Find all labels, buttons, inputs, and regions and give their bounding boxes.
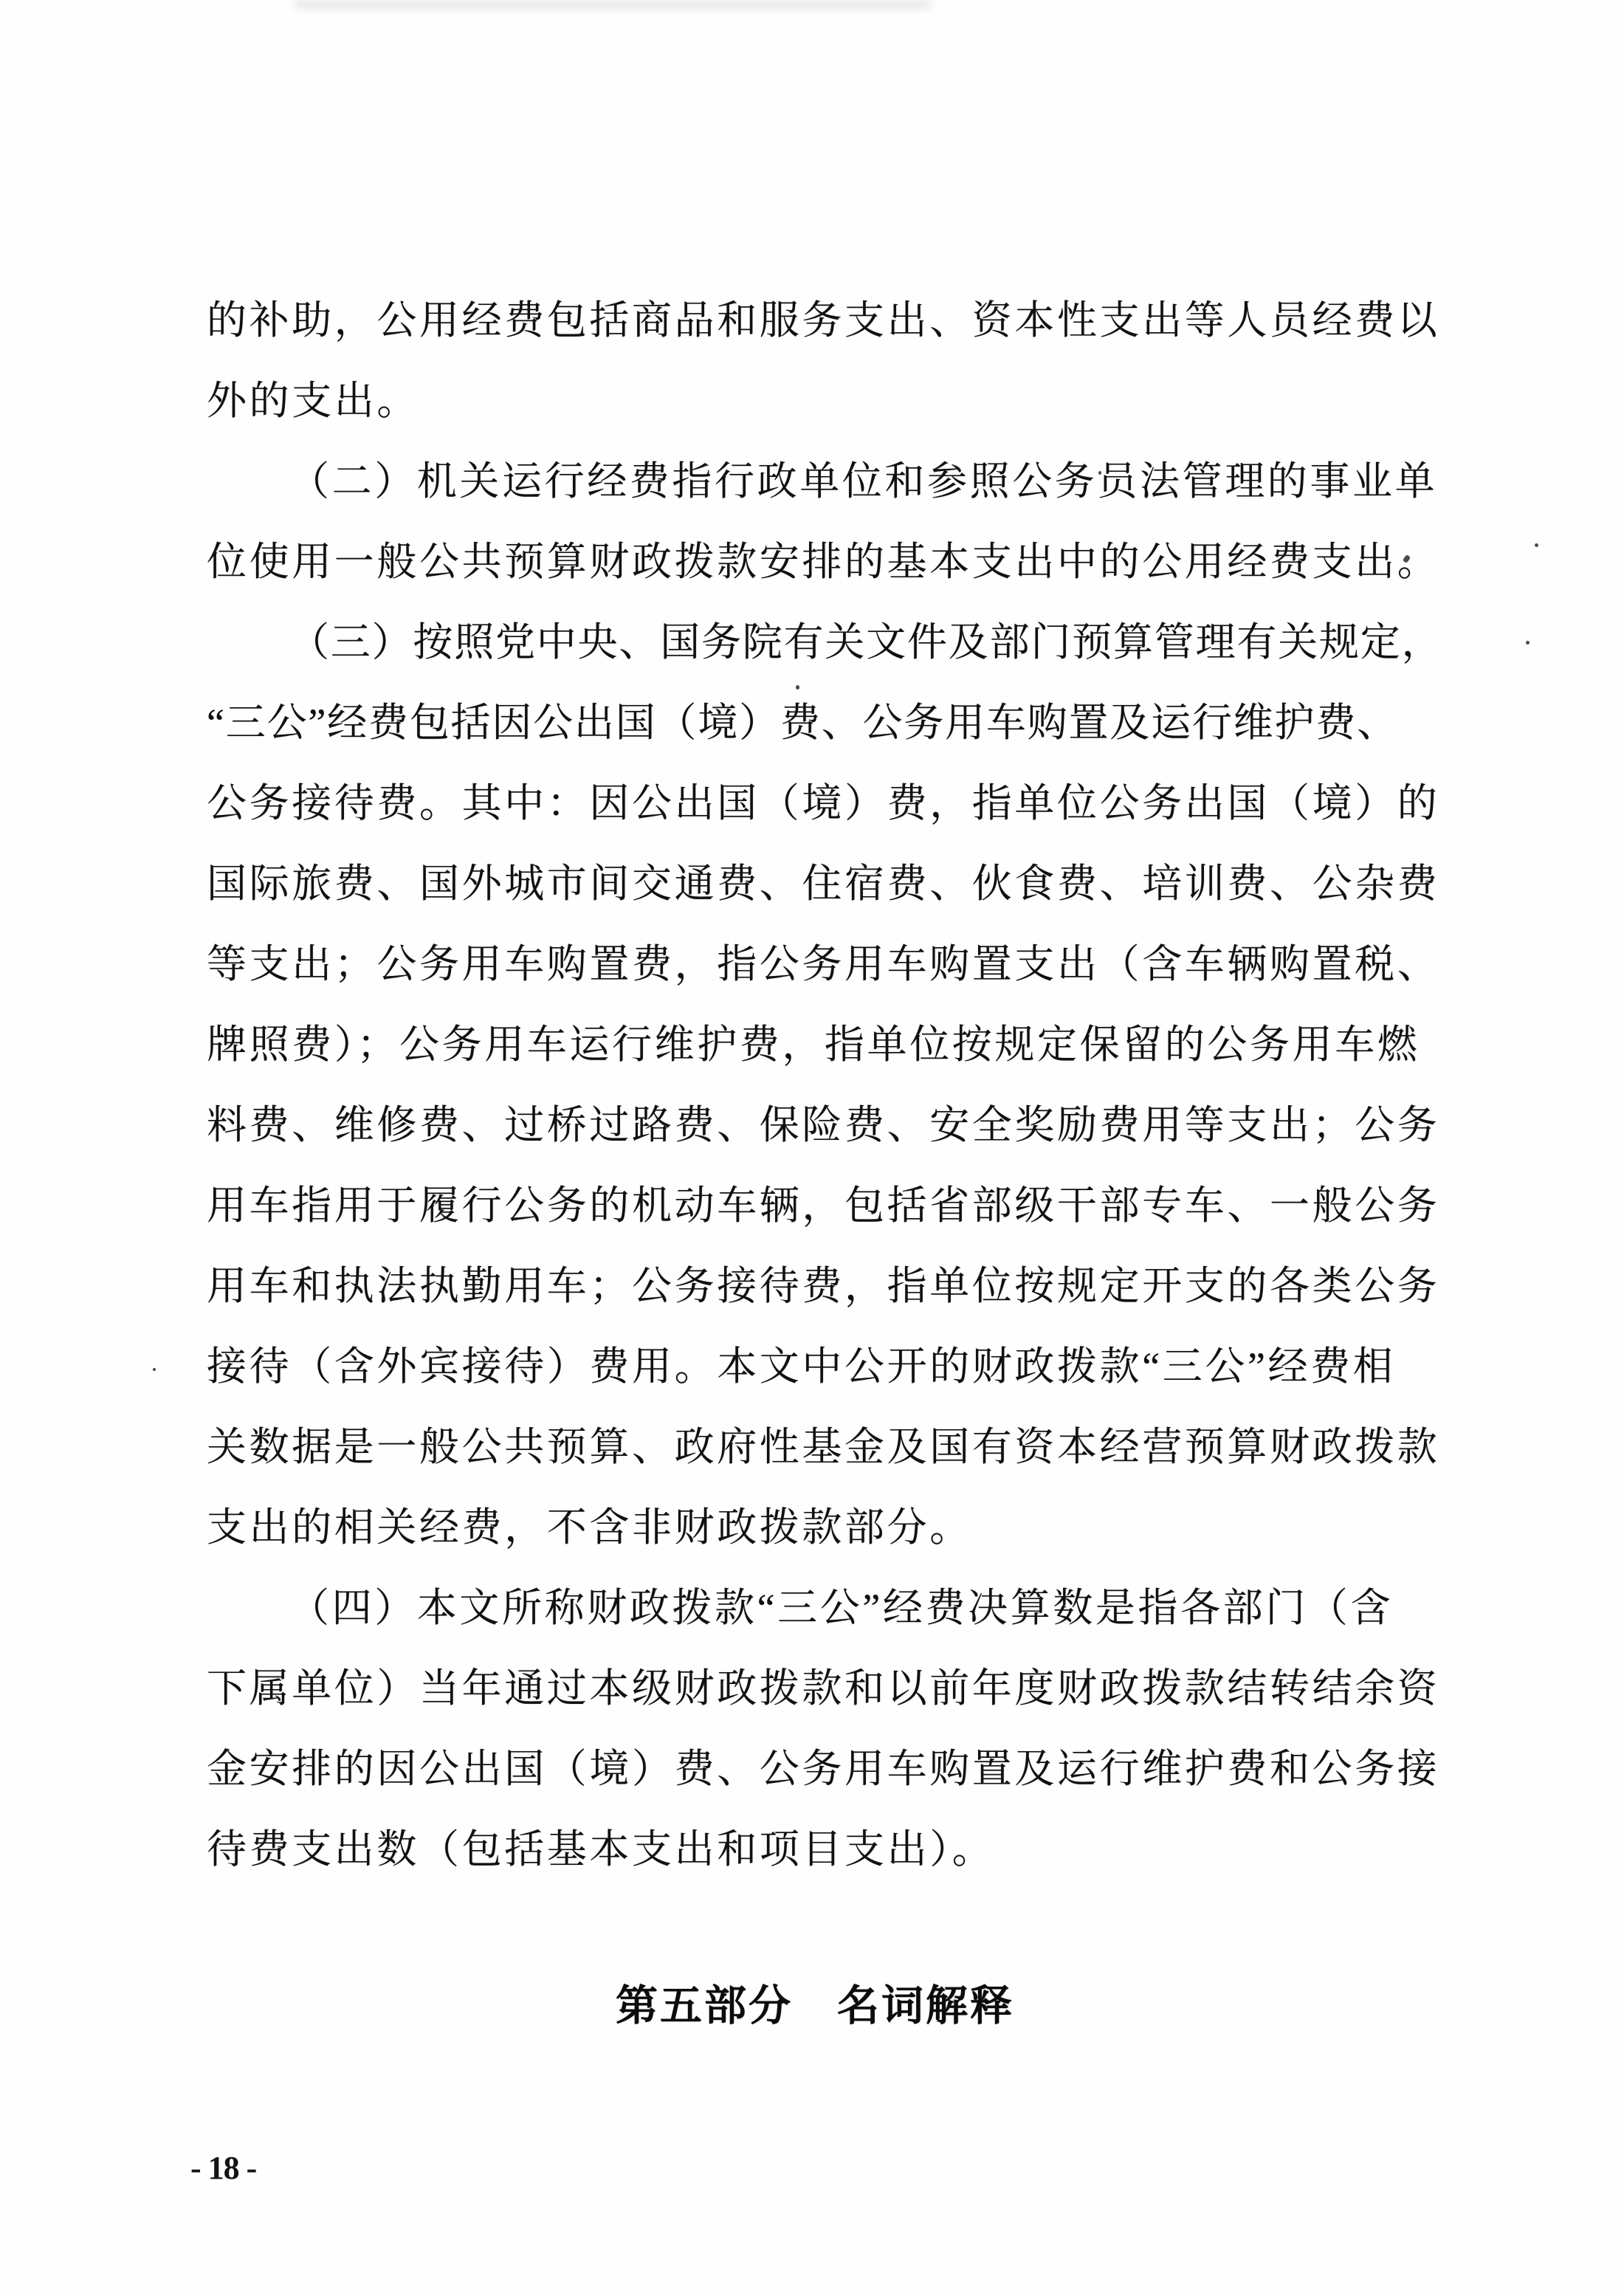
text-line: （三）按照党中央、国务院有关文件及部门预算管理有关规定， [207,602,1447,683]
text-line: 等支出；公务用车购置费，指公务用车购置支出（含车辆购置税、 [207,924,1447,1005]
scan-speck [1526,641,1530,645]
text-line: 国际旅费、国外城市间交通费、住宿费、伙食费、培训费、公杂费 [207,844,1447,924]
scan-speck [1098,471,1101,475]
text-line: （四）本文所称财政拨款“三公”经费决算数是指各部门（含 [207,1568,1447,1649]
text-line: 的补助，公用经费包括商品和服务支出、资本性支出等人员经费以 [207,281,1447,361]
text-line: 待费支出数（包括基本支出和项目支出）。 [207,1809,1447,1890]
scan-speck [153,1368,156,1371]
text-line: 关数据是一般公共预算、政府性基金及国有资本经营预算财政拨款 [207,1407,1447,1488]
text-line: 料费、维修费、过桥过路费、保险费、安全奖励费用等支出；公务 [207,1085,1447,1166]
text-line: 支出的相关经费，不含非财政拨款部分。 [207,1488,1447,1568]
scan-speck [1535,543,1538,547]
scanned-document-page: 的补助，公用经费包括商品和服务支出、资本性支出等人员经费以 外的支出。 （二）机… [0,0,1624,2296]
text-line: 位使用一般公共预算财政拨款安排的基本支出中的公用经费支出。 [207,522,1447,602]
text-line: （二）机关运行经费指行政单位和参照公务员法管理的事业单 [207,441,1447,522]
scan-speck [796,685,799,690]
text-line: 用车和执法执勤用车；公务接待费，指单位按规定开支的各类公务 [207,1246,1447,1327]
text-line: 牌照费）；公务用车运行维护费，指单位按规定保留的公务用车燃 [207,1005,1447,1085]
text-line: 接待（含外宾接待）费用。本文中公开的财政拨款“三公”经费相 [207,1327,1447,1407]
document-body: 的补助，公用经费包括商品和服务支出、资本性支出等人员经费以 外的支出。 （二）机… [207,281,1447,1890]
text-line: 用车指用于履行公务的机动车辆，包括省部级干部专车、一般公务 [207,1166,1447,1246]
text-line: 外的支出。 [207,361,1447,441]
section-heading: 第五部分 名词解释 [197,1981,1433,2030]
text-line: 下属单位）当年通过本级财政拨款和以前年度财政拨款结转结余资 [207,1649,1447,1729]
scan-smudge-top [295,0,930,9]
page-number: - 18 - [190,2150,256,2187]
text-line: 公务接待费。其中：因公出国（境）费，指单位公务出国（境）的 [207,763,1447,844]
text-line: 金安排的因公出国（境）费、公务用车购置及运行维护费和公务接 [207,1729,1447,1809]
text-line: “三公”经费包括因公出国（境）费、公务用车购置及运行维护费、 [207,683,1447,763]
